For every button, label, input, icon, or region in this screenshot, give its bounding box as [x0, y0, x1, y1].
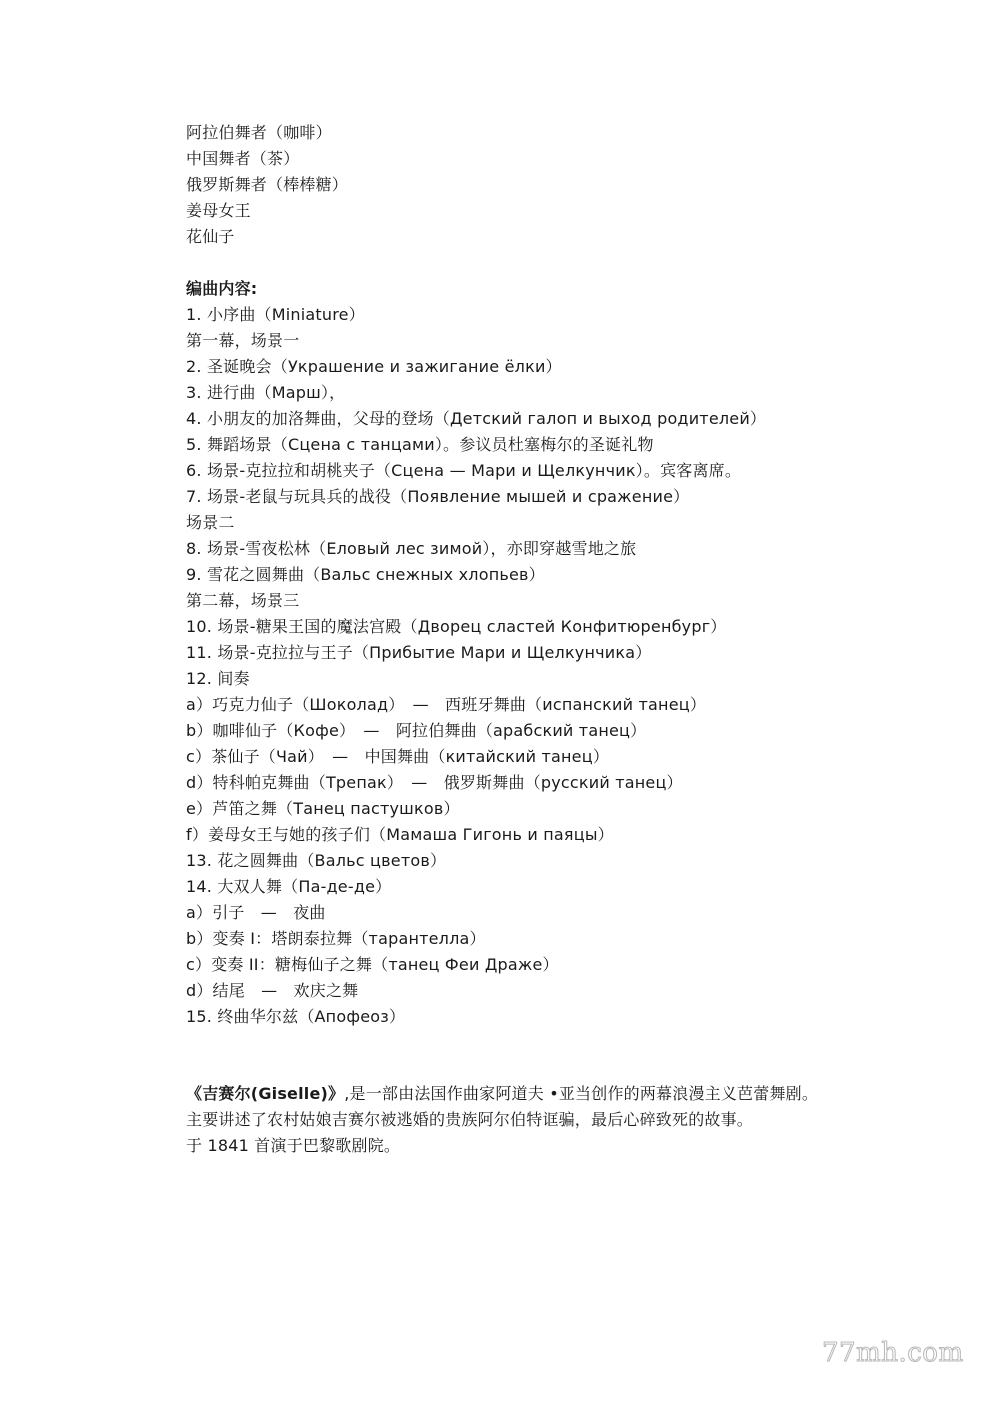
giselle-intro-line-1: 《吉赛尔(Giselle)》,是一部由法国作曲家阿道夫 •亚当创作的两幕浪漫主义…: [186, 1081, 906, 1107]
character-item: 姜母女王: [186, 198, 906, 224]
program-subline: d）结尾 — 欢庆之舞: [186, 978, 906, 1004]
program-line: 15. 终曲华尔兹（Апофеоз）: [186, 1004, 906, 1030]
program-heading: 编曲内容:: [186, 276, 906, 302]
program-line: 12. 间奏: [186, 666, 906, 692]
program-line: 7. 场景-老鼠与玩具兵的战役（Появление мышей и сражен…: [186, 484, 906, 510]
character-item: 花仙子: [186, 224, 906, 250]
spacer: [186, 250, 906, 276]
program-subline: c）茶仙子（Чай） — 中国舞曲（китайский танец）: [186, 744, 906, 770]
program-line: 8. 场景-雪夜松林（Еловый лес зимой），亦即穿越雪地之旅: [186, 536, 906, 562]
program-subline: d）特科帕克舞曲（Трепак） — 俄罗斯舞曲（русский танец）: [186, 770, 906, 796]
program-subline: c）变奏 II：糖梅仙子之舞（танец Феи Драже）: [186, 952, 906, 978]
program-subline: b）咖啡仙子（Кофе） — 阿拉伯舞曲（арабский танец）: [186, 718, 906, 744]
program-line: 10. 场景-糖果王国的魔法宫殿（Дворец сластей Конфитюр…: [186, 614, 906, 640]
giselle-title: 《吉赛尔(Giselle)》: [186, 1084, 344, 1103]
program-section: 编曲内容: 1. 小序曲（Miniature） 第一幕，场景一 2. 圣诞晚会（…: [186, 276, 906, 1030]
program-line: 11. 场景-克拉拉与王子（Прибытие Мари и Щелкунчика…: [186, 640, 906, 666]
program-line: 5. 舞蹈场景（Сцена с танцами）。参议员杜塞梅尔的圣诞礼物: [186, 432, 906, 458]
program-line: 6. 场景-克拉拉和胡桃夹子（Сцена — Мари и Щелкунчик）…: [186, 458, 906, 484]
act-heading: 第一幕，场景一: [186, 328, 906, 354]
program-subline: f）姜母女王与她的孩子们（Мамаша Гигонь и паяцы）: [186, 822, 906, 848]
watermark: 77mh.com: [822, 1338, 964, 1368]
program-line: 9. 雪花之圆舞曲（Вальс снежных хлопьев）: [186, 562, 906, 588]
program-line: 13. 花之圆舞曲（Вальс цветов）: [186, 848, 906, 874]
program-line: 4. 小朋友的加洛舞曲，父母的登场（Детский галоп и выход …: [186, 406, 906, 432]
character-item: 中国舞者（茶）: [186, 146, 906, 172]
program-subline: a）巧克力仙子（Шоколад） — 西班牙舞曲（испанский танец…: [186, 692, 906, 718]
program-line: 3. 进行曲（Марш），: [186, 380, 906, 406]
giselle-intro-line-2: 主要讲述了农村姑娘吉赛尔被逃婚的贵族阿尔伯特诓骗，最后心碎致死的故事。: [186, 1107, 906, 1133]
character-item: 俄罗斯舞者（棒棒糖）: [186, 172, 906, 198]
giselle-intro-line-3: 于 1841 首演于巴黎歌剧院。: [186, 1133, 906, 1159]
program-subline: a）引子 — 夜曲: [186, 900, 906, 926]
act-heading: 第二幕，场景三: [186, 588, 906, 614]
character-item: 阿拉伯舞者（咖啡）: [186, 120, 906, 146]
giselle-intro: 《吉赛尔(Giselle)》,是一部由法国作曲家阿道夫 •亚当创作的两幕浪漫主义…: [186, 1081, 906, 1159]
program-subline: e）芦笛之舞（Танец пастушков）: [186, 796, 906, 822]
document-body: 阿拉伯舞者（咖啡） 中国舞者（茶） 俄罗斯舞者（棒棒糖） 姜母女王 花仙子 编曲…: [186, 120, 906, 1030]
giselle-intro-text: ,是一部由法国作曲家阿道夫 •亚当创作的两幕浪漫主义芭蕾舞剧。: [344, 1084, 818, 1103]
scene-heading: 场景二: [186, 510, 906, 536]
program-subline: b）变奏 I：塔朗泰拉舞（тарантелла）: [186, 926, 906, 952]
character-list: 阿拉伯舞者（咖啡） 中国舞者（茶） 俄罗斯舞者（棒棒糖） 姜母女王 花仙子: [186, 120, 906, 250]
program-line: 2. 圣诞晚会（Украшение и зажигание ёлки）: [186, 354, 906, 380]
program-line: 14. 大双人舞（Па-де-де）: [186, 874, 906, 900]
program-line: 1. 小序曲（Miniature）: [186, 302, 906, 328]
